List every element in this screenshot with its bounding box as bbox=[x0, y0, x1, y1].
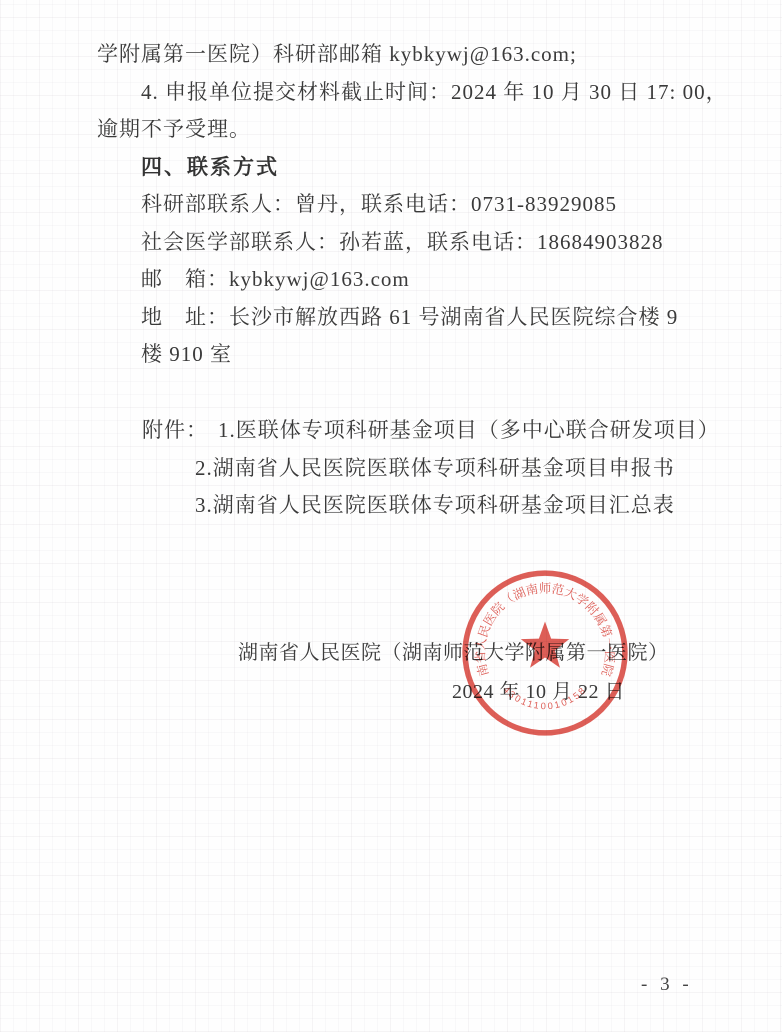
seal-star-icon bbox=[521, 622, 569, 668]
seal-code-text: 4301110010158 bbox=[501, 685, 588, 712]
contact-line-address: 地 址：长沙市解放西路 61 号湖南省人民医院综合楼 9 bbox=[97, 299, 705, 337]
contact-line-email: 邮 箱：kybkywj@163.com bbox=[97, 261, 705, 299]
body-text-block: 学附属第一医院）科研部邮箱 kybkywj@163.com; 4. 申报单位提交… bbox=[97, 36, 705, 374]
contact-line-research-dept: 科研部联系人：曾丹，联系电话：0731-83929085 bbox=[97, 186, 705, 224]
official-seal: 湖南省人民医院（湖南师范大学附属第一医院） 4301110010158 bbox=[460, 568, 630, 738]
attachment-item-2: 2.湖南省人民医院医联体专项科研基金项目申报书 bbox=[142, 450, 722, 488]
attachments-label: 附件： bbox=[142, 412, 208, 450]
attachment-item-3: 3.湖南省人民医院医联体专项科研基金项目汇总表 bbox=[142, 487, 722, 525]
paragraph-continuation-line: 学附属第一医院）科研部邮箱 kybkywj@163.com; bbox=[97, 36, 705, 74]
page-number: - 3 - bbox=[641, 974, 693, 996]
contact-line-address-cont: 楼 910 室 bbox=[97, 336, 705, 374]
contact-line-social-med-dept: 社会医学部联系人：孙若蓝，联系电话：18684903828 bbox=[97, 224, 705, 262]
document-page: 学附属第一医院）科研部邮箱 kybkywj@163.com; 4. 申报单位提交… bbox=[0, 0, 782, 1032]
section-heading: 四、联系方式 bbox=[97, 149, 705, 187]
item4-line2: 逾期不予受理。 bbox=[97, 111, 705, 149]
item4-line1: 4. 申报单位提交材料截止时间：2024 年 10 月 30 日 17: 00， bbox=[97, 74, 705, 112]
attachment-item-1: 1.医联体专项科研基金项目（多中心联合研发项目） bbox=[218, 412, 720, 450]
attachments-block: 附件：1.医联体专项科研基金项目（多中心联合研发项目） 2.湖南省人民医院医联体… bbox=[142, 412, 722, 525]
